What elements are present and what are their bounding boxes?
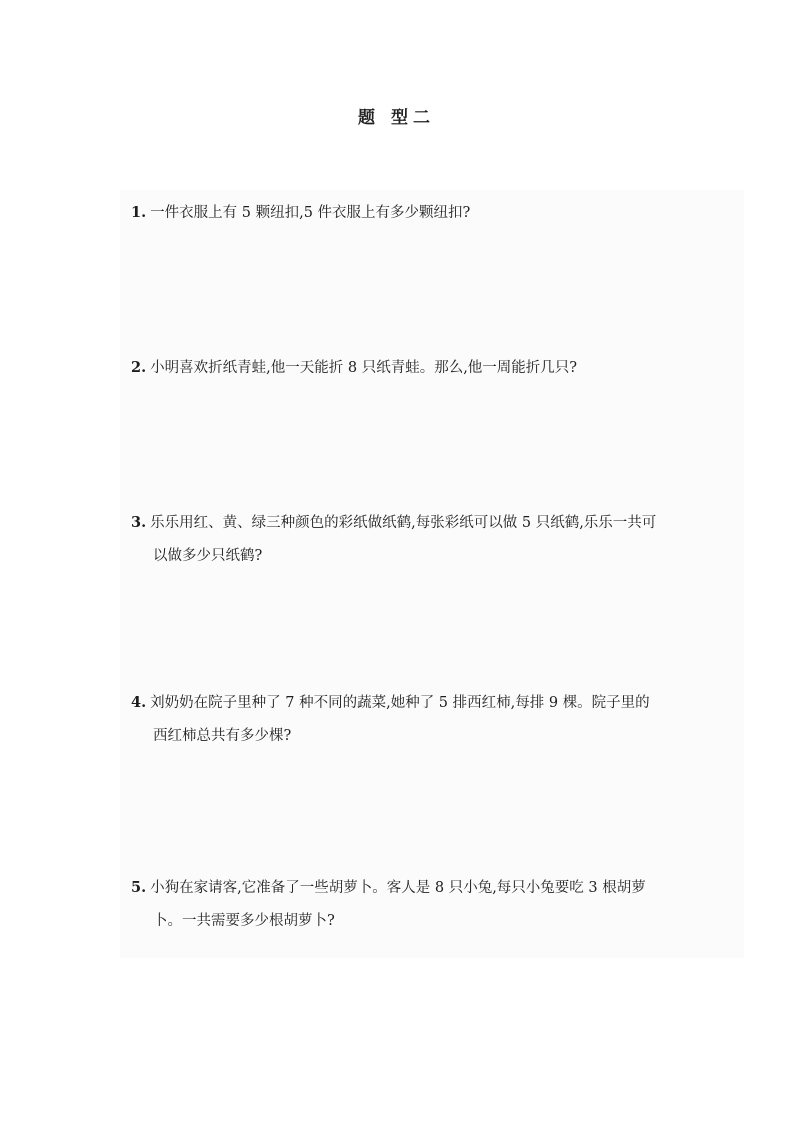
question-line: 5.小狗在家请客,它准备了一些胡萝卜。客人是 8 只小兔,每只小兔要吃 3 根胡… (131, 871, 746, 905)
page-title: 题 型二 (0, 103, 793, 128)
answer-area-panel (120, 190, 744, 958)
question-line: 2.小明喜欢折纸青蛙,他一天能折 8 只纸青蛙。那么,他一周能折几只? (131, 351, 746, 385)
question-number: 1. (131, 204, 146, 221)
question-text: 小狗在家请客,它准备了一些胡萝卜。客人是 8 只小兔,每只小兔要吃 3 根胡萝 (150, 880, 646, 896)
question-number: 3. (131, 514, 146, 531)
question-1: 1.一件衣服上有 5 颗纽扣,5 件衣服上有多少颗纽扣? (131, 196, 746, 230)
question-text: 乐乐用红、黄、绿三种颜色的彩纸做纸鹤,每张彩纸可以做 5 只纸鹤,乐乐一共可 (150, 515, 656, 531)
question-text: 一件衣服上有 5 颗纽扣,5 件衣服上有多少颗纽扣? (150, 205, 470, 221)
question-2: 2.小明喜欢折纸青蛙,他一天能折 8 只纸青蛙。那么,他一周能折几只? (131, 351, 746, 385)
question-text: 刘奶奶在院子里种了 7 种不同的蔬菜,她种了 5 排西红柿,每排 9 棵。院子里… (150, 695, 650, 711)
question-line: 3.乐乐用红、黄、绿三种颜色的彩纸做纸鹤,每张彩纸可以做 5 只纸鹤,乐乐一共可 (131, 506, 746, 540)
question-continuation: 以做多少只纸鹤? (131, 540, 746, 573)
question-text: 小明喜欢折纸青蛙,他一天能折 8 只纸青蛙。那么,他一周能折几只? (150, 360, 577, 376)
question-continuation: 西红柿总共有多少棵? (131, 720, 746, 753)
question-line: 1.一件衣服上有 5 颗纽扣,5 件衣服上有多少颗纽扣? (131, 196, 746, 230)
question-continuation: 卜。一共需要多少根胡萝卜? (131, 905, 746, 938)
question-4: 4.刘奶奶在院子里种了 7 种不同的蔬菜,她种了 5 排西红柿,每排 9 棵。院… (131, 686, 746, 753)
question-number: 2. (131, 359, 146, 376)
question-line: 4.刘奶奶在院子里种了 7 种不同的蔬菜,她种了 5 排西红柿,每排 9 棵。院… (131, 686, 746, 720)
question-3: 3.乐乐用红、黄、绿三种颜色的彩纸做纸鹤,每张彩纸可以做 5 只纸鹤,乐乐一共可… (131, 506, 746, 573)
question-number: 4. (131, 694, 146, 711)
question-number: 5. (131, 879, 146, 896)
question-5: 5.小狗在家请客,它准备了一些胡萝卜。客人是 8 只小兔,每只小兔要吃 3 根胡… (131, 871, 746, 938)
